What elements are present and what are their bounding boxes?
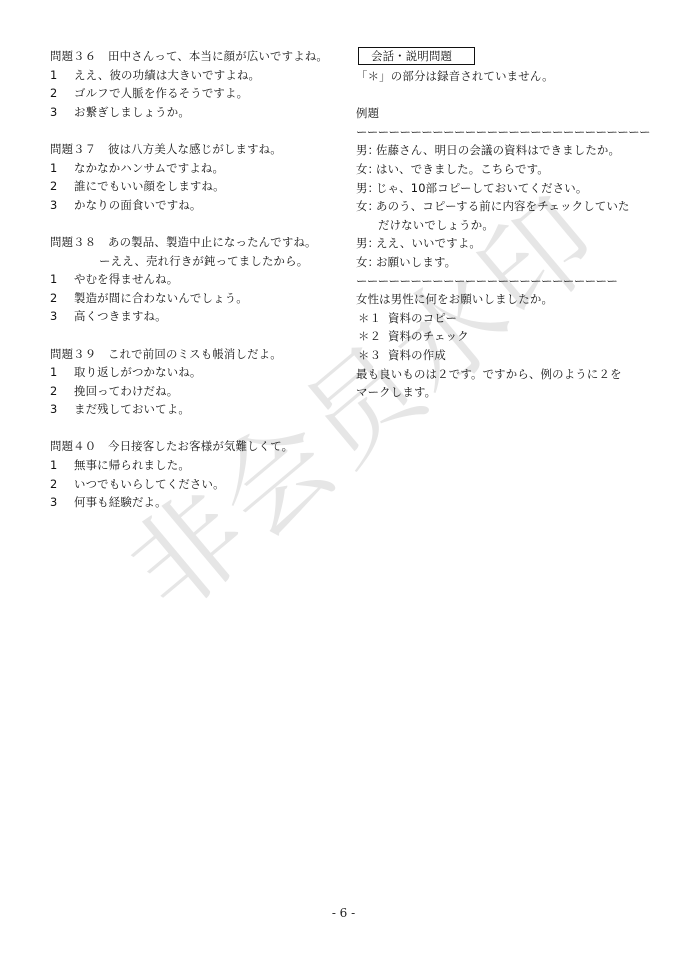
option-number: 2 (50, 84, 74, 103)
dialogue-line: 男：ええ、いいですよ。 (356, 234, 656, 253)
answer-option: 2誰にでもいい顔をしますね。 (50, 177, 350, 196)
answer-option: 1取り返しがつかないね。 (50, 363, 350, 382)
option-number: 1 (50, 66, 74, 85)
option-text: 無事に帰られました。 (74, 458, 190, 472)
answer-option: 3まだ残しておいてよ。 (50, 400, 350, 419)
option-text: まだ残しておいてよ。 (74, 402, 190, 416)
option-text: やむを得ませんね。 (74, 272, 178, 286)
question-prompt: 田中さんって、本当に顔が広いですよね。 (108, 49, 328, 63)
dialogue-line: 女：お願いします。 (356, 253, 656, 272)
question-block-36: 問題３６田中さんって、本当に顔が広いですよね。 1ええ、彼の功績は大きいですよね… (50, 47, 350, 121)
question-prompt: 今日接客したお客様が気難しくて。 (108, 439, 293, 453)
question-heading: 問題４０今日接客したお客様が気難しくて。 (50, 437, 350, 456)
dialogue-line: 男：じゃ、10部コピーしておいてください。 (356, 179, 656, 198)
question-label: 問題４０ (50, 437, 108, 456)
dialogue-text: ええ、いいですよ。 (376, 236, 481, 250)
dialogue-line: 女：あのう、コピーする前に内容をチェックしていた (356, 197, 656, 216)
option-text: 何事も経験だよ。 (74, 495, 167, 509)
option-text: なかなかハンサムですよね。 (74, 161, 224, 175)
option-number: 1 (50, 270, 74, 289)
option-number: 1 (50, 363, 74, 382)
document-page: 非会员水印 問題３６田中さんって、本当に顔が広いですよね。 1ええ、彼の功績は大… (0, 0, 687, 971)
speaker-label: 女： (356, 253, 376, 272)
answer-option: 2ゴルフで人脈を作るそうですよ。 (50, 84, 350, 103)
dialogue-text: じゃ、10部コピーしておいてください。 (376, 181, 587, 195)
option-number: 2 (50, 289, 74, 308)
example-dialogue: 男：佐藤さん、明日の会議の資料はできましたか。 女：はい、できました。こちらです… (356, 141, 656, 271)
option-number: 1 (50, 456, 74, 475)
option-number: 2 (50, 475, 74, 494)
speaker-label: 女： (356, 197, 376, 216)
answer-option: 3かなりの面食いですね。 (50, 196, 350, 215)
divider-bottom: ーーーーーーーーーーーーーーーーーーーーーーーー (356, 272, 656, 291)
option-text: 挽回ってわけだね。 (74, 384, 178, 398)
question-block-38: 問題３８あの製品、製造中止になったんですね。 ーええ、売れ行きが鈍ってましたから… (50, 233, 350, 326)
dialogue-text: 佐藤さん、明日の会議の資料はできましたか。 (376, 143, 620, 157)
option-text: 誰にでもいい顔をしますね。 (74, 179, 225, 193)
question-block-39: 問題３９これで前回のミスも帳消しだよ。 1取り返しがつかないね。 2挽回ってわけ… (50, 345, 350, 419)
dialogue-text: お願いします。 (376, 255, 456, 269)
left-column: 問題３６田中さんって、本当に顔が広いですよね。 1ええ、彼の功績は大きいですよね… (50, 47, 350, 512)
choice-mark: ＊３ (356, 346, 388, 365)
option-number: 3 (50, 307, 74, 326)
example-choice: ＊２資料のチェック (356, 327, 656, 346)
speaker-label: 男： (356, 179, 376, 198)
option-number: 3 (50, 400, 74, 419)
choice-text: 資料のチェック (388, 329, 469, 343)
answer-option: 3何事も経験だよ。 (50, 493, 350, 512)
example-label: 例題 (356, 104, 656, 123)
option-text: お繋ぎしましょうか。 (74, 105, 190, 119)
answer-option: 3高くつきますね。 (50, 307, 350, 326)
option-number: 1 (50, 159, 74, 178)
answer-option: 2いつでもいらしてください。 (50, 475, 350, 494)
choice-text: 資料のコピー (388, 311, 457, 325)
option-number: 3 (50, 493, 74, 512)
question-label: 問題３９ (50, 345, 108, 364)
dialogue-text: はい、できました。こちらです。 (376, 162, 549, 176)
question-heading: 問題３６田中さんって、本当に顔が広いですよね。 (50, 47, 350, 66)
recording-note: 「＊」の部分は録音されていません。 (356, 67, 656, 86)
spacer (50, 214, 350, 233)
question-prompt: あの製品、製造中止になったんですね。 (108, 235, 317, 249)
answer-option: 1無事に帰られました。 (50, 456, 350, 475)
option-number: 3 (50, 196, 74, 215)
question-prompt: これで前回のミスも帳消しだよ。 (108, 347, 282, 361)
option-text: 取り返しがつかないね。 (74, 365, 202, 379)
spacer (50, 326, 350, 345)
answer-explanation: 最も良いものは２です。ですから、例のように２を (356, 365, 656, 384)
option-text: いつでもいらしてください。 (74, 477, 225, 491)
option-text: 高くつきますね。 (74, 309, 167, 323)
choice-mark: ＊２ (356, 327, 388, 346)
answer-option: 2製造が間に合わないんでしょう。 (50, 289, 350, 308)
speaker-label: 男： (356, 234, 376, 253)
dialogue-continuation: だけないでしょうか。 (356, 216, 656, 235)
divider-top: ーーーーーーーーーーーーーーーーーーーーーーーーーーー (356, 123, 656, 142)
option-text: 製造が間に合わないんでしょう。 (74, 291, 248, 305)
choice-text: 資料の作成 (388, 348, 446, 362)
question-label: 問題３６ (50, 47, 108, 66)
option-number: 2 (50, 382, 74, 401)
example-question: 女性は男性に何をお願いしましたか。 (356, 290, 656, 309)
option-text: かなりの面食いですね。 (74, 198, 202, 212)
option-number: 2 (50, 177, 74, 196)
right-column: 会話・説明問題 「＊」の部分は録音されていません。 例題 ーーーーーーーーーーー… (356, 47, 656, 402)
option-number: 3 (50, 103, 74, 122)
question-heading: 問題３９これで前回のミスも帳消しだよ。 (50, 345, 350, 364)
answer-option: 2挽回ってわけだね。 (50, 382, 350, 401)
question-block-40: 問題４０今日接客したお客様が気難しくて。 1無事に帰られました。 2いつでもいら… (50, 437, 350, 511)
spacer (50, 419, 350, 438)
section-header: 会話・説明問題 (356, 47, 656, 67)
option-text: ゴルフで人脈を作るそうですよ。 (74, 86, 248, 100)
spacer (356, 86, 656, 105)
spacer (50, 121, 350, 140)
choice-mark: ＊１ (356, 309, 388, 328)
dialogue-text: あのう、コピーする前に内容をチェックしていた (376, 199, 630, 213)
option-text: ええ、彼の功績は大きいですよね。 (74, 68, 260, 82)
example-choice: ＊３資料の作成 (356, 346, 656, 365)
example-choice: ＊１資料のコピー (356, 309, 656, 328)
question-label: 問題３８ (50, 233, 108, 252)
dialogue-line: 男：佐藤さん、明日の会議の資料はできましたか。 (356, 141, 656, 160)
question-prompt: 彼は八方美人な感じがしますね。 (108, 142, 282, 156)
answer-explanation-cont: マークします。 (356, 383, 656, 402)
answer-option: 1ええ、彼の功績は大きいですよね。 (50, 66, 350, 85)
question-heading: 問題３８あの製品、製造中止になったんですね。 (50, 233, 350, 252)
answer-option: 1やむを得ませんね。 (50, 270, 350, 289)
section-title-box: 会話・説明問題 (358, 47, 475, 65)
question-prompt-continuation: ーええ、売れ行きが鈍ってましたから。 (50, 252, 350, 271)
page-number: - 6 - (0, 906, 687, 920)
speaker-label: 男： (356, 141, 376, 160)
answer-option: 3お繋ぎしましょうか。 (50, 103, 350, 122)
question-block-37: 問題３７彼は八方美人な感じがしますね。 1なかなかハンサムですよね。 2誰にでも… (50, 140, 350, 214)
dialogue-line: 女：はい、できました。こちらです。 (356, 160, 656, 179)
answer-option: 1なかなかハンサムですよね。 (50, 159, 350, 178)
speaker-label: 女： (356, 160, 376, 179)
question-heading: 問題３７彼は八方美人な感じがしますね。 (50, 140, 350, 159)
question-label: 問題３７ (50, 140, 108, 159)
